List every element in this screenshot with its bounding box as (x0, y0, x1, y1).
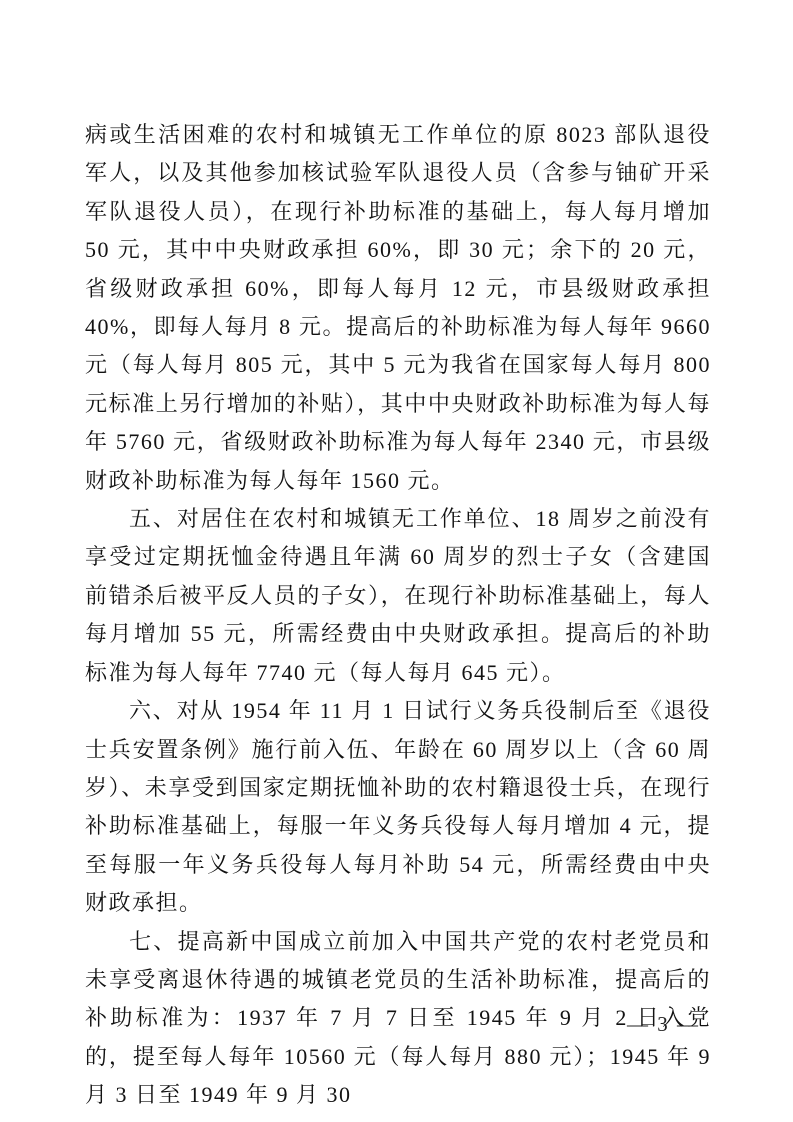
paragraph-item-5: 五、对居住在农村和城镇无工作单位、18 周岁之前没有享受过定期抚恤金待遇且年满 … (85, 500, 711, 692)
paragraph-continuation-item-4: 病或生活困难的农村和城镇无工作单位的原 8023 部队退役军人，以及其他参加核试… (85, 116, 711, 500)
document-body: 病或生活困难的农村和城镇无工作单位的原 8023 部队退役军人，以及其他参加核试… (85, 116, 711, 1115)
paragraph-item-7: 七、提高新中国成立前加入中国共产党的农村老党员和未享受离退休待遇的城镇老党员的生… (85, 923, 711, 1115)
paragraph-item-6: 六、对从 1954 年 11 月 1 日试行义务兵役制后至《退役士兵安置条例》施… (85, 692, 711, 922)
document-page: 病或生活困难的农村和城镇无工作单位的原 8023 部队退役军人，以及其他参加核试… (0, 0, 793, 1122)
page-number: — 3 — (627, 1012, 700, 1037)
